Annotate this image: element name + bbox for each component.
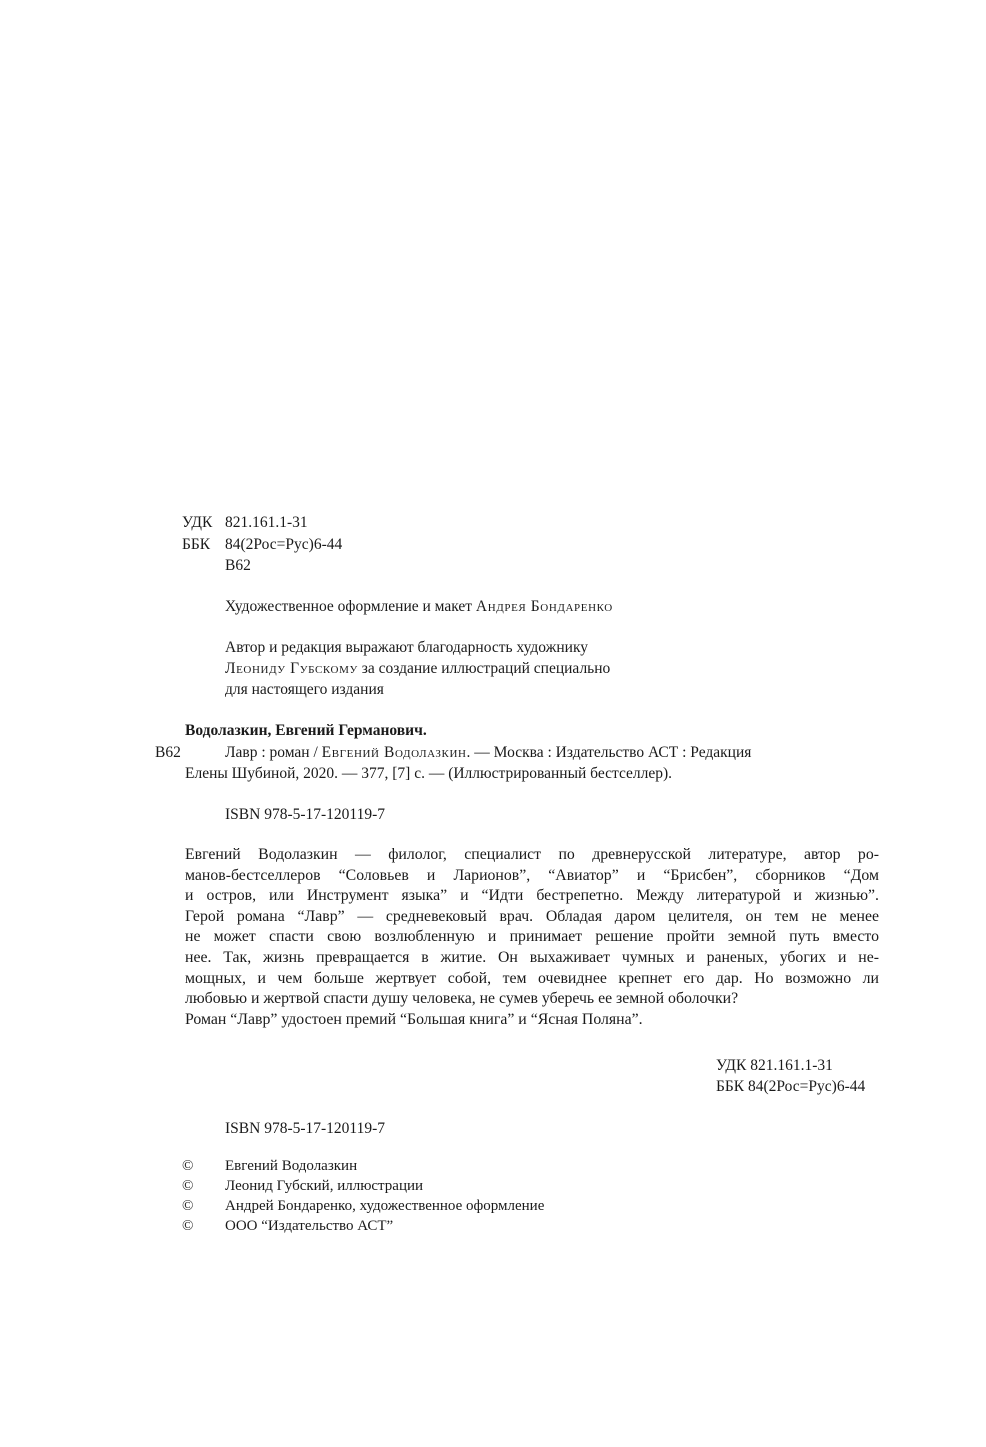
right-bbk: ББК 84(2Рос=Рус)6-44 <box>716 1076 865 1097</box>
annotation: Евгений Водолазкин — филолог, специалист… <box>185 845 879 1030</box>
author-heading: Водолазкин, Евгений Германович. <box>185 720 427 741</box>
annotation-line: нее. Так, жизнь превращается в житие. Он… <box>185 948 879 969</box>
isbn-bottom: ISBN 978-5-17-120119-7 <box>225 1118 385 1139</box>
design-credit-text: Художественное оформление и макет <box>225 598 476 615</box>
designer-name: Андрея Бондаренко <box>476 598 613 615</box>
annotation-line: и остров, или Инструмент языка” и “Идти … <box>185 886 879 907</box>
acknowledgement-line-2-rest: за создание иллюстраций специально <box>358 660 610 677</box>
copyright-icon: © <box>182 1217 193 1236</box>
udk-value: 821.161.1-31 <box>225 512 308 533</box>
bibliographic-line-1: Лавр : роман / Евгений Водолазкин. — Мос… <box>225 742 751 763</box>
annotation-line: мощных, и чем больше жертвует собой, тем… <box>185 969 879 990</box>
copyright-holder: Леонид Губский, иллюстрации <box>225 1177 423 1196</box>
annotation-line: Роман “Лавр” удостоен премий “Большая кн… <box>185 1010 879 1031</box>
copyright-icon: © <box>182 1157 193 1176</box>
right-codes: УДК 821.161.1-31 ББК 84(2Рос=Рус)6-44 <box>716 1055 865 1097</box>
copyright-icon: © <box>182 1177 193 1196</box>
acknowledgement-line-2: Леониду Губскому за создание иллюстраций… <box>225 658 610 679</box>
publisher-part: . — Москва : Издательство АСТ : Редакция <box>467 744 752 761</box>
author-mark: В62 <box>225 555 251 576</box>
annotation-line: манов-бестселлеров “Соловьев и Ларионов”… <box>185 866 879 887</box>
udk-label: УДК <box>182 512 224 533</box>
annotation-line: любовью и жертвой спасти душу человека, … <box>185 989 879 1010</box>
copyright-holder: ООО “Издательство АСТ” <box>225 1217 393 1236</box>
title-part: Лавр : роман / <box>225 744 322 761</box>
annotation-line: Герой романа “Лавр” — средневековый врач… <box>185 907 879 928</box>
acknowledgement-line-1: Автор и редакция выражают благодарность … <box>225 637 588 658</box>
copyright-holder: Андрей Бондаренко, художественное оформл… <box>225 1197 544 1216</box>
bibliographic-line-2: Елены Шубиной, 2020. — 377, [7] с. — (Ил… <box>185 763 672 784</box>
bibliographic-mark: В62 <box>155 742 181 763</box>
copyright-icon: © <box>182 1197 193 1216</box>
design-credit: Художественное оформление и макет Андрея… <box>225 596 613 617</box>
bbk-label: ББК <box>182 534 224 555</box>
annotation-line: Евгений Водолазкин — филолог, специалист… <box>185 845 879 866</box>
bbk-value: 84(2Рос=Рус)6-44 <box>225 534 342 555</box>
isbn-top: ISBN 978-5-17-120119-7 <box>225 804 385 825</box>
right-udk: УДК 821.161.1-31 <box>716 1055 865 1076</box>
bibliographic-author: Евгений Водолазкин <box>322 744 467 761</box>
illustrator-name: Леониду Губскому <box>225 660 358 677</box>
annotation-line: не может спасти свою возлюбленную и прин… <box>185 927 879 948</box>
acknowledgement-line-3: для настоящего издания <box>225 679 384 700</box>
copyright-holder: Евгений Водолазкин <box>225 1157 357 1176</box>
